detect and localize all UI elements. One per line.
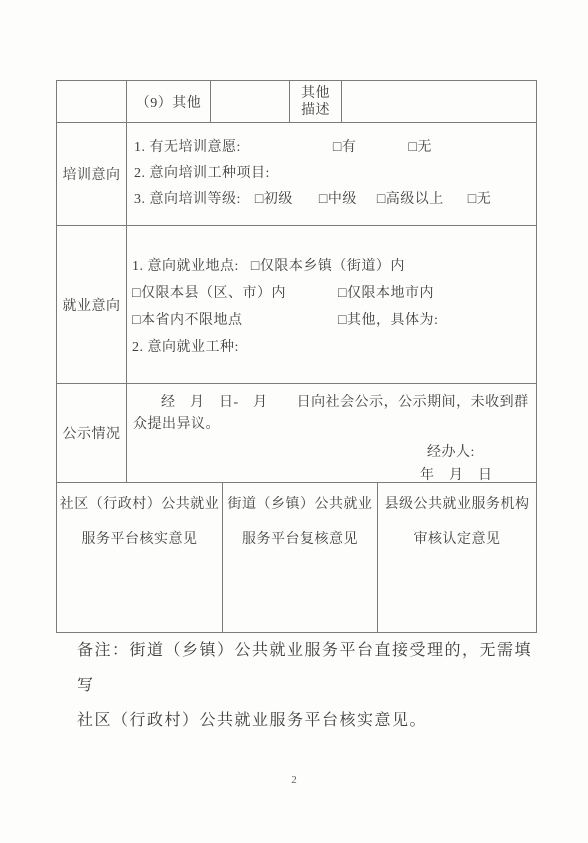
other-desc-label: 其他 描述 [290,81,342,122]
page-number: 2 [0,774,588,786]
review-county-cell: 县级公共就业服务机构 审核认定意见 [378,483,536,632]
checkbox-option-within-county: □仅限本县（区、市）内 [132,280,334,307]
publicity-content-cell: 经 月 日- 月 日向社会公示，公示期间，未收到群 众提出异议。 经办人: 年 … [127,384,536,482]
checkbox-option-other-location: □其他，具体为: [338,313,438,328]
training-row: 培训意向 1. 有无培训意愿: □有 □无 2. 意向培训工种项目: 3. 意向… [57,123,536,226]
training-q1-label: 1. 有无培训意愿: [134,140,241,155]
publicity-row: 公示情况 经 月 日- 月 日向社会公示，公示期间，未收到群 众提出异议。 经办… [57,384,536,483]
publicity-sign-block: 经办人: 年 月 日 [133,441,536,482]
employment-q1-line: 1. 意向就业地点: □仅限本乡镇（街道）内 [132,253,536,280]
other-item-label: （9）其他 [127,81,211,122]
employment-q2-line: 2. 意向就业工种: [132,334,536,361]
checkbox-option-level-advanced: □高级以上 [377,192,444,207]
date-label: 年 月 日 [420,464,536,482]
checkbox-option-within-city: □仅限本地市内 [338,286,434,301]
employment-content-cell: 1. 意向就业地点: □仅限本乡镇（街道）内 □仅限本县（区、市）内 □仅限本地… [127,226,536,383]
note: 备注：街道（乡镇）公共就业服务平台直接受理的，无需填写 社区（行政村）公共就业服… [77,633,539,738]
handler-label: 经办人: [420,441,536,464]
form-table: （9）其他 其他 描述 培训意向 1. 有无培训意愿: □有 □无 2. 意向培… [56,80,537,633]
employment-q2-label: 2. 意向就业工种: [132,340,239,355]
other-desc-label-line1: 其他 [301,85,330,102]
review-street-line1: 街道（乡镇）公共就业 [223,487,377,522]
employment-section-label: 就业意向 [57,226,127,383]
training-content-cell: 1. 有无培训意愿: □有 □无 2. 意向培训工种项目: 3. 意向培训等级:… [127,123,536,225]
publicity-statement-line1: 经 月 日- 月 日向社会公示，公示期间，未收到群 [133,392,536,414]
review-county-line1: 县级公共就业服务机构 [378,487,536,522]
employment-q1-label: 1. 意向就业地点: [132,259,239,274]
checkbox-option-level-intermediate: □中级 [319,192,357,207]
training-section-label: 培训意向 [57,123,127,225]
review-community-cell: 社区（行政村）公共就业 服务平台核实意见 [57,483,223,632]
other-desc-value-cell [342,81,536,122]
review-community-line2: 服务平台核实意见 [57,522,222,557]
employment-loc-line3: □本省内不限地点 □其他，具体为: [132,307,536,334]
training-q2-line: 2. 意向培训工种项目: [134,161,536,187]
checkbox-option-training-yes: □有 [333,140,356,155]
checkbox-option-level-beginner: □初级 [255,192,293,207]
other-row: （9）其他 其他 描述 [57,81,536,123]
other-row-spacer-cell [57,81,127,122]
review-street-cell: 街道（乡镇）公共就业 服务平台复核意见 [223,483,378,632]
training-q3-line: 3. 意向培训等级: □初级 □中级 □高级以上 □无 [134,187,536,213]
training-q1-line: 1. 有无培训意愿: □有 □无 [134,135,536,161]
employment-loc-line2: □仅限本县（区、市）内 □仅限本地市内 [132,280,536,307]
checkbox-option-training-no: □无 [408,140,431,155]
employment-row: 就业意向 1. 意向就业地点: □仅限本乡镇（街道）内 □仅限本县（区、市）内 … [57,226,536,384]
review-street-line2: 服务平台复核意见 [223,522,377,557]
review-county-line2: 审核认定意见 [378,522,536,557]
publicity-statement-line2: 众提出异议。 [133,414,536,436]
review-row: 社区（行政村）公共就业 服务平台核实意见 街道（乡镇）公共就业 服务平台复核意见… [57,483,536,632]
note-line1: 备注：街道（乡镇）公共就业服务平台直接受理的，无需填写 [77,633,539,703]
checkbox-option-level-none: □无 [468,192,491,207]
training-q2-label: 2. 意向培训工种项目: [134,166,270,181]
note-line2: 社区（行政村）公共就业服务平台核实意见。 [77,703,539,738]
publicity-section-label: 公示情况 [57,384,127,482]
checkbox-option-within-township: □仅限本乡镇（街道）内 [251,259,405,274]
checkbox-option-within-province: □本省内不限地点 [132,307,334,334]
training-q3-label: 3. 意向培训等级: [134,192,241,207]
other-desc-label-line2: 描述 [301,102,330,119]
other-item-value-cell [211,81,290,122]
review-community-line1: 社区（行政村）公共就业 [57,487,222,522]
document-page: （9）其他 其他 描述 培训意向 1. 有无培训意愿: □有 □无 2. 意向培… [0,0,588,843]
